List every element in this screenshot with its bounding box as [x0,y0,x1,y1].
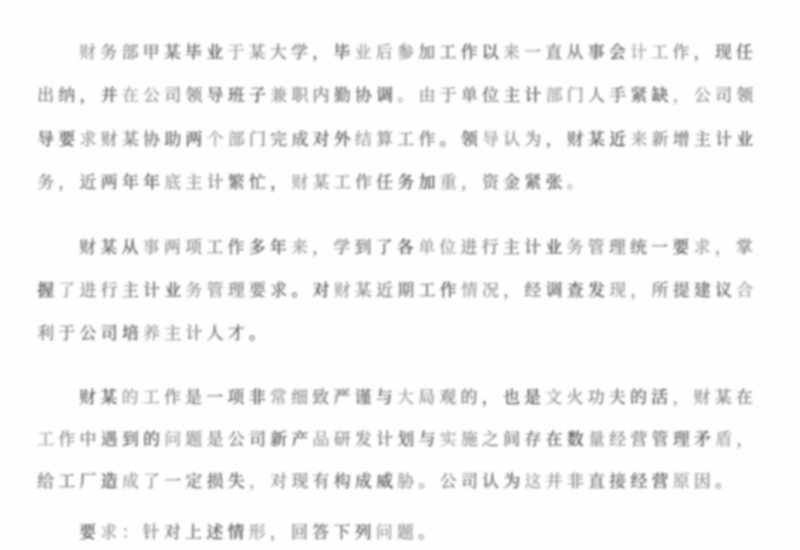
scanned-document: 财务部甲某毕业于某大学，毕业后参加工作以来一直从事会计工作，现任 出纳，并在公司… [0,0,800,550]
document-page: 财务部甲某毕业于某大学，毕业后参加工作以来一直从事会计工作，现任 出纳，并在公司… [0,0,800,550]
text-line: 要求：针对上述情形，回答下列问题。 [77,521,757,545]
text-line: 财务部甲某毕业于某大学，毕业后参加工作以来一直从事会计工作，现任 [77,41,757,65]
text-line: 给工厂造成了一定损失，对现有构成威胁。公司认为这并非直接经营原因。 [35,470,757,494]
text-line: 财某从事两项工作多年来，学到了各单位进行主计业务管理统一要求，掌 [77,236,757,260]
text-line: 利于公司培养主计人才。 [35,322,757,346]
text-line: 财某的工作是一项非常细致严谨与大局观的，也是文火功夫的活，财某在 [77,386,757,410]
text-line: 导要求财某协助两个部门完成对外结算工作。领导认为，财某近来新增主计业 [35,128,757,152]
text-line: 握了进行主计业务管理要求。对财某近期工作情况，经调查发现，所提建议合 [35,279,757,303]
text-line: 务，近两年年底主计繁忙，财某工作任务加重，资金紧张。 [35,171,757,195]
text-line: 出纳，并在公司领导班子兼职内勤协调。由于单位主计部门人手紧缺，公司领 [35,84,757,108]
text-line: 工作中遇到的问题是公司新产品研发计划与实施之间存在数量经营管理矛盾， [35,428,757,452]
